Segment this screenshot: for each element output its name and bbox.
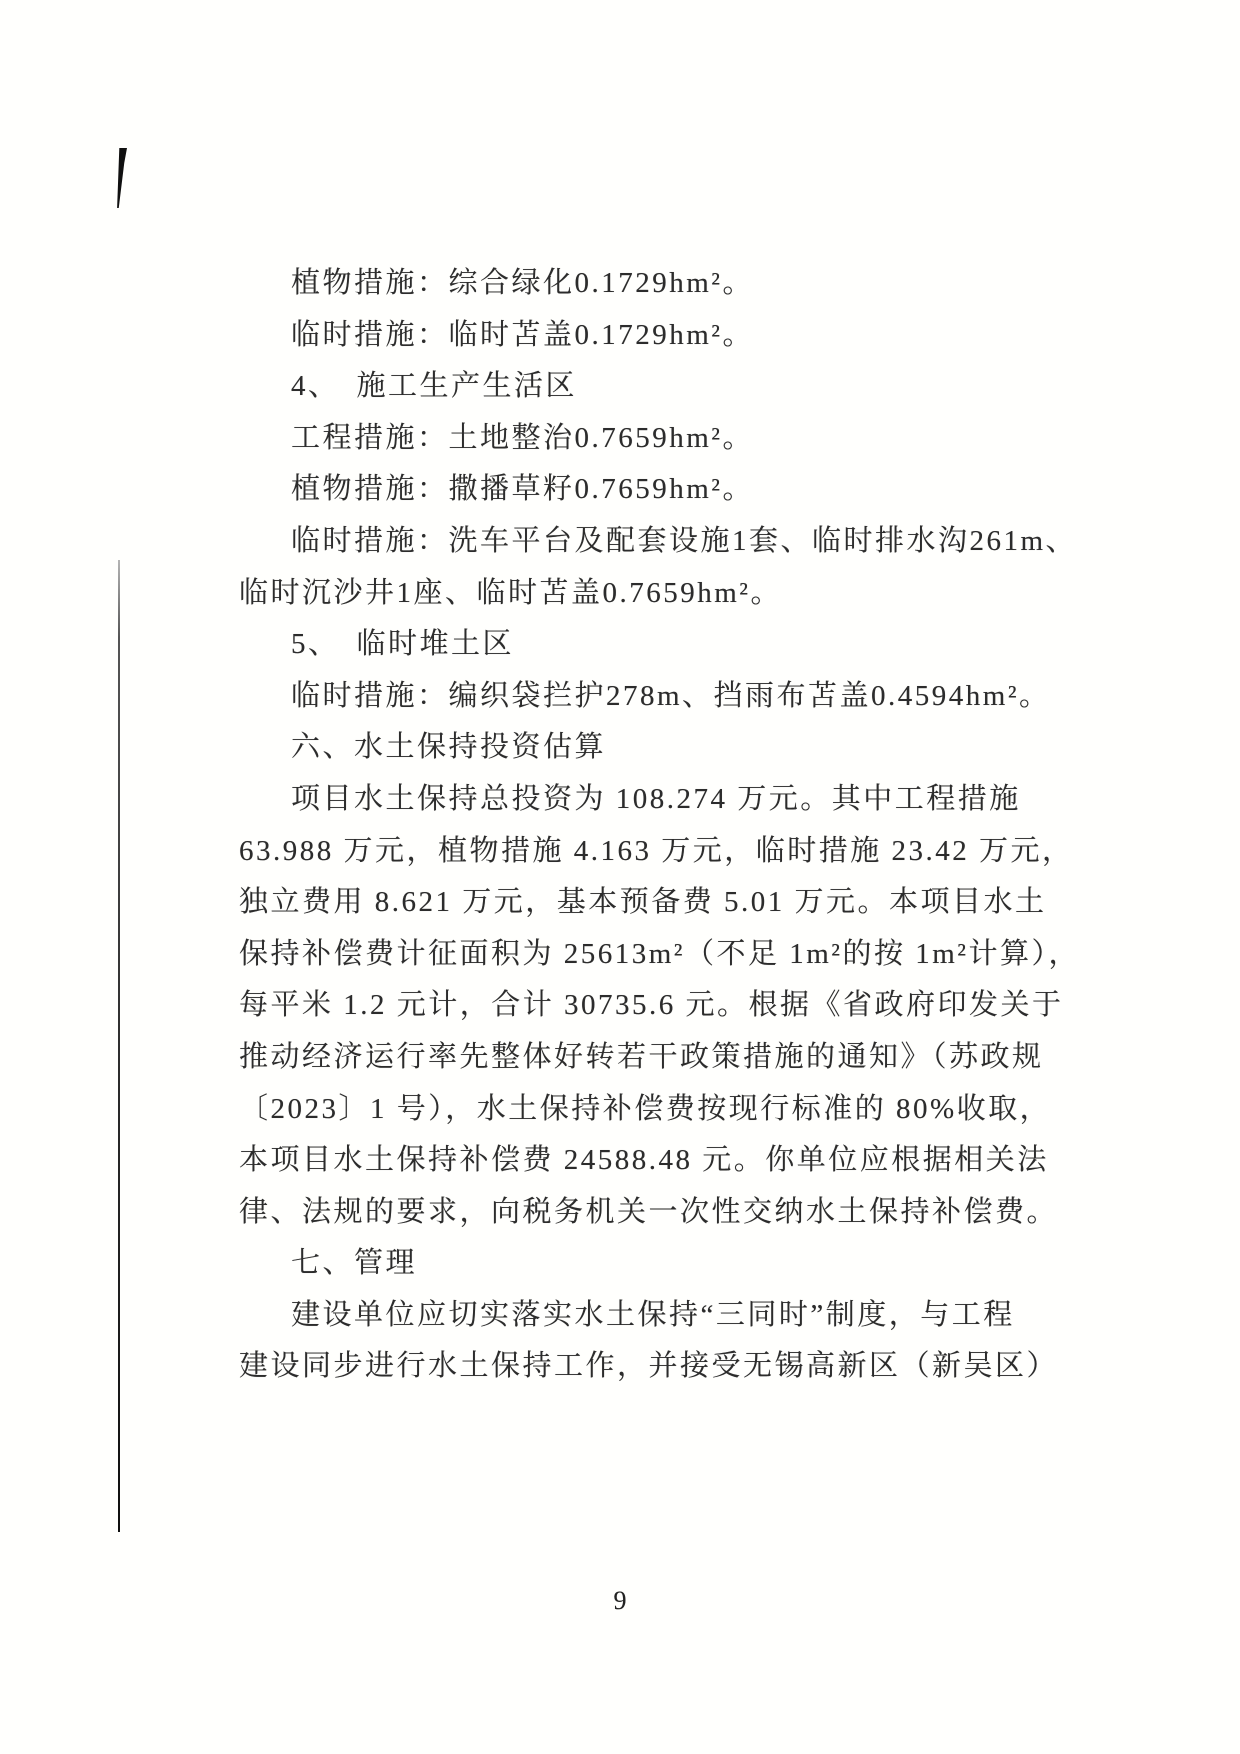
text-line: 临时沉沙井1座、临时苫盖0.7659hm²。 [239,568,1015,620]
text-line: 植物措施：撒播草籽0.7659hm²。 [239,464,1015,516]
text-line: 植物措施：综合绿化0.1729hm²。 [239,258,1015,310]
text-line: 63.988 万元，植物措施 4.163 万元，临时措施 23.42 万元， [239,826,1015,878]
text-line: 临时措施：编织袋拦护278m、挡雨布苫盖0.4594hm²。 [239,671,1015,723]
text-line: 临时措施：临时苫盖0.1729hm²。 [239,310,1015,362]
text-line: 保持补偿费计征面积为 25613m²（不足 1m²的按 1m²计算）， [239,929,1015,981]
text-line-section-7-heading: 七、管理 [239,1238,1015,1290]
text-line: 〔2023〕1 号），水土保持补偿费按现行标准的 80%收取， [239,1084,1015,1136]
text-line-section-6-heading: 六、水土保持投资估算 [239,722,1015,774]
text-line-section-5-heading: 5、 临时堆土区 [239,619,1015,671]
text-line: 每平米 1.2 元计，合计 30735.6 元。根据《省政府印发关于 [239,980,1015,1032]
document-page: 植物措施：综合绿化0.1729hm²。 临时措施：临时苫盖0.1729hm²。 … [0,0,1240,1754]
scan-artifact-wedge [116,148,127,208]
page-number: 9 [0,1586,1240,1616]
text-line: 工程措施：土地整治0.7659hm²。 [239,413,1015,465]
scan-artifact-edge-line [118,560,120,1532]
text-line: 本项目水土保持补偿费 24588.48 元。你单位应根据相关法 [239,1135,1015,1187]
text-line: 律、法规的要求，向税务机关一次性交纳水土保持补偿费。 [239,1187,1015,1239]
document-body: 植物措施：综合绿化0.1729hm²。 临时措施：临时苫盖0.1729hm²。 … [239,258,1015,1393]
text-line: 建设同步进行水土保持工作，并接受无锡高新区（新吴区） [239,1341,1015,1393]
text-line-section-4-heading: 4、 施工生产生活区 [239,361,1015,413]
text-line: 推动经济运行率先整体好转若干政策措施的通知》（苏政规 [239,1032,1015,1084]
text-line: 项目水土保持总投资为 108.274 万元。其中工程措施 [239,774,1015,826]
text-line: 临时措施：洗车平台及配套设施1套、临时排水沟261m、 [239,516,1015,568]
text-line: 建设单位应切实落实水土保持“三同时”制度，与工程 [239,1290,1015,1342]
text-line: 独立费用 8.621 万元，基本预备费 5.01 万元。本项目水土 [239,877,1015,929]
